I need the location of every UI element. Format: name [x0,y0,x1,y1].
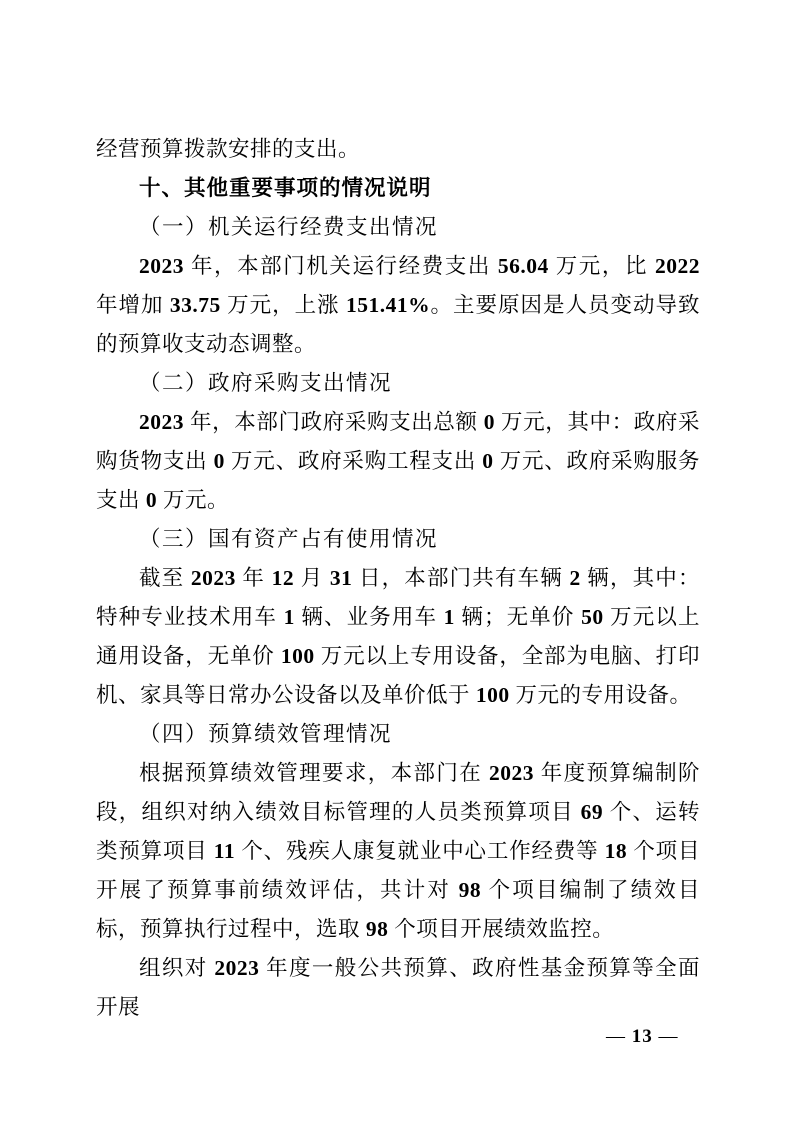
text-run: 年 [236,566,272,590]
text-run: 万元，上涨 [221,293,346,317]
text-run: 万元，比 [549,254,655,278]
emphasized-value: 2023 [214,956,259,980]
emphasized-value: 33.75 [170,293,221,317]
emphasized-value: 0 [214,449,225,473]
paragraph: 2023 年，本部门政府采购支出总额 0 万元，其中：政府采购货物支出 0 万元… [96,403,700,520]
paragraph: 2023 年，本部门机关运行经费支出 56.04 万元，比 2022 年增加 3… [96,247,700,364]
emphasized-value: 11 [214,839,235,863]
text-run: 经营预算拨款安排的支出。 [96,137,360,161]
emphasized-value: 1 [284,605,295,629]
text-run: 年，本部门机关运行经费支出 [184,254,498,278]
emphasized-value: 12 [272,566,295,590]
emphasized-value: 98 [459,878,482,902]
emphasized-value: 69 [581,800,604,824]
text-run: 组织对 [139,956,214,980]
page-number-footer: — 13 — [606,1026,679,1048]
text-run: 个项目开展绩效监控。 [388,917,614,941]
emphasized-value: 151.41% [346,293,430,317]
emphasized-value: 2022 [655,254,700,278]
emphasized-value: 2023 [139,254,184,278]
text-run: （三）国有资产占有使用情况 [139,527,438,551]
emphasized-value: 2023 [139,410,184,434]
text-run: 年，本部门政府采购支出总额 [184,410,484,434]
text-run: （四）预算绩效管理情况 [139,722,392,746]
text-run: 月 [294,566,330,590]
paragraph: 组织对 2023 年度一般公共预算、政府性基金预算等全面开展 [96,949,700,1027]
subsection-heading: （二）政府采购支出情况 [96,364,700,403]
emphasized-value: 56.04 [498,254,549,278]
footer-dash-right: — [653,1026,679,1047]
text-run: 辆、业务用车 [295,605,444,629]
subsection-heading: （四）预算绩效管理情况 [96,715,700,754]
emphasized-value: 2023 [489,761,534,785]
text-run: 根据预算绩效管理要求，本部门在 [139,761,489,785]
text-run: 辆；无单价 [455,605,581,629]
text-run: 万元、政府采购工程支出 [225,449,482,473]
text-run: 年增加 [96,293,170,317]
emphasized-value: 98 [366,917,389,941]
text-run: （一）机关运行经费支出情况 [139,215,438,239]
text-run: 万元的专用设备。 [510,683,692,707]
emphasized-value: 100 [476,683,510,707]
text-run: 个、残疾人康复就业中心工作经费等 [235,839,605,863]
emphasized-value: 18 [605,839,628,863]
footer-dash-left: — [606,1026,632,1047]
emphasized-value: 31 [330,566,353,590]
document-blocks: 经营预算拨款安排的支出。十、其他重要事项的情况说明（一）机关运行经费支出情况20… [96,130,700,1027]
emphasized-value: 2 [570,566,581,590]
text-run: （二）政府采购支出情况 [139,371,392,395]
text-run: 日，本部门共有车辆 [352,566,569,590]
paragraph: 截至 2023 年 12 月 31 日，本部门共有车辆 2 辆，其中：特种专业技… [96,559,700,715]
subsection-heading: （一）机关运行经费支出情况 [96,208,700,247]
emphasized-value: 0 [482,449,493,473]
text-run: 万元。 [157,488,229,512]
emphasized-value: 1 [444,605,455,629]
paragraph: 经营预算拨款安排的支出。 [96,130,700,169]
emphasized-value: 100 [281,644,315,668]
subsection-heading: （三）国有资产占有使用情况 [96,520,700,559]
emphasized-value: 2023 [191,566,236,590]
footer-page-number: 13 [632,1026,653,1047]
emphasized-value: 0 [484,410,495,434]
emphasized-value: 0 [146,488,157,512]
emphasized-value: 十、其他重要事项的情况说明 [139,176,432,200]
text-run: 截至 [139,566,191,590]
paragraph: 根据预算绩效管理要求，本部门在 2023 年度预算编制阶段，组织对纳入绩效目标管… [96,754,700,949]
emphasized-value: 50 [581,605,604,629]
section-heading: 十、其他重要事项的情况说明 [96,169,700,208]
document-page: 经营预算拨款安排的支出。十、其他重要事项的情况说明（一）机关运行经费支出情况20… [0,0,793,1122]
